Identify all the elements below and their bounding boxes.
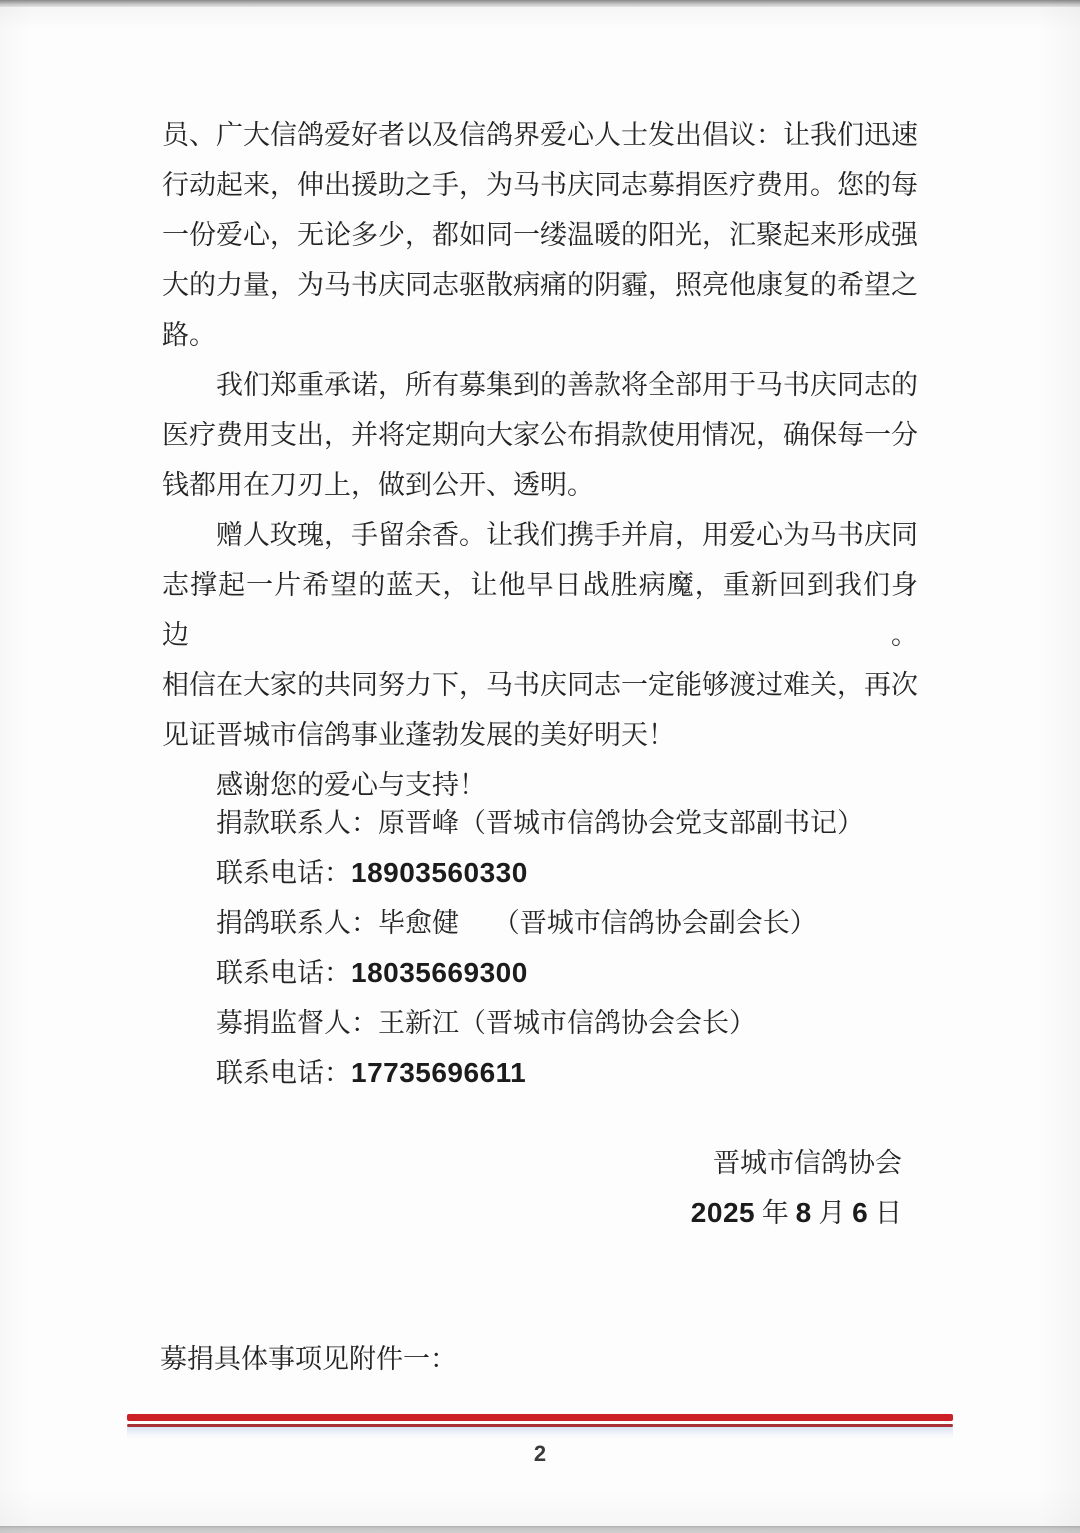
text-line: 一份爱心，无论多少，都如同一缕温暖的阳光，汇聚起来形成强 xyxy=(162,210,918,260)
letter-body: 员、广大信鸽爱好者以及信鸽界爱心人士发出倡议：让我们迅速 行动起来，伸出援助之手… xyxy=(162,110,918,810)
paragraph-1: 员、广大信鸽爱好者以及信鸽界爱心人士发出倡议：让我们迅速 行动起来，伸出援助之手… xyxy=(162,110,918,360)
signature-block: 晋城市信鸽协会 2025 年 8 月 6 日 xyxy=(162,1138,918,1238)
date-day: 6 xyxy=(852,1197,868,1228)
contact-label: 募捐监督人：王新江（晋城市信鸽协会会长） xyxy=(216,1008,756,1038)
date-day-unit: 日 xyxy=(868,1198,902,1228)
signature-date: 2025 年 8 月 6 日 xyxy=(162,1188,902,1238)
date-month: 8 xyxy=(796,1197,812,1228)
text-line: 行动起来，伸出援助之手，为马书庆同志募捐医疗费用。您的每 xyxy=(162,160,918,210)
text-line: 大的力量，为马书庆同志驱散病痛的阴霾，照亮他康复的希望之 xyxy=(162,260,918,310)
divider-rule-shadow xyxy=(127,1427,953,1439)
document-photo: { "colors": { "rule_red": "#cb2127", "ru… xyxy=(0,0,1080,1533)
pigeon-donation-contact-row: 捐鸽联系人：毕愈健 （晋城市信鸽协会副会长） xyxy=(162,898,918,948)
contact-phone: 17735696611 xyxy=(351,1057,526,1088)
photo-edge-bottom xyxy=(0,1526,1080,1533)
paragraph-3: 赠人玫瑰，手留余香。让我们携手并肩，用爱心为马书庆同 志撑起一片希望的蓝天，让他… xyxy=(162,510,918,760)
photo-edge-top xyxy=(0,0,1080,7)
text-line: 钱都用在刀刃上，做到公开、透明。 xyxy=(162,460,918,510)
text-line: 路。 xyxy=(162,310,918,360)
divider-rule-thick xyxy=(127,1414,953,1421)
contact-phone: 18903560330 xyxy=(351,857,528,888)
date-month-unit: 月 xyxy=(812,1198,853,1228)
phone-row: 联系电话：18903560330 xyxy=(162,848,918,898)
contact-label: 联系电话： xyxy=(216,1058,351,1088)
text-line: 我们郑重承诺，所有募集到的善款将全部用于马书庆同志的 xyxy=(162,360,918,410)
contacts-block: 捐款联系人：原晋峰（晋城市信鸽协会党支部副书记） 联系电话：1890356033… xyxy=(162,798,918,1098)
text-line: 相信在大家的共同努力下，马书庆同志一定能够渡过难关，再次 xyxy=(162,660,918,710)
footer-divider-rule xyxy=(127,1414,953,1439)
contact-label: 联系电话： xyxy=(216,958,351,988)
phone-row: 联系电话：17735696611 xyxy=(162,1048,918,1098)
phone-row: 联系电话：18035669300 xyxy=(162,948,918,998)
contact-label: 捐鸽联系人：毕愈健 （晋城市信鸽协会副会长） xyxy=(216,908,817,938)
text-line: 医疗费用支出，并将定期向大家公布捐款使用情况，确保每一分 xyxy=(162,410,918,460)
date-year-unit: 年 xyxy=(755,1198,796,1228)
attachment-note: 募捐具体事项见附件一： xyxy=(160,1334,457,1384)
signature-org: 晋城市信鸽协会 xyxy=(162,1138,902,1188)
text-line: 赠人玫瑰，手留余香。让我们携手并肩，用爱心为马书庆同 xyxy=(162,510,918,560)
text-line: 员、广大信鸽爱好者以及信鸽界爱心人士发出倡议：让我们迅速 xyxy=(162,110,918,160)
contact-label: 捐款联系人：原晋峰（晋城市信鸽协会党支部副书记） xyxy=(216,808,864,838)
donation-contact-row: 捐款联系人：原晋峰（晋城市信鸽协会党支部副书记） xyxy=(162,798,918,848)
date-year: 2025 xyxy=(691,1197,755,1228)
contact-label: 联系电话： xyxy=(216,858,351,888)
text-line: 见证晋城市信鸽事业蓬勃发展的美好明天！ xyxy=(162,710,918,760)
supervisor-contact-row: 募捐监督人：王新江（晋城市信鸽协会会长） xyxy=(162,998,918,1048)
paragraph-2: 我们郑重承诺，所有募集到的善款将全部用于马书庆同志的 医疗费用支出，并将定期向大… xyxy=(162,360,918,510)
page-number: 2 xyxy=(127,1441,953,1467)
contact-phone: 18035669300 xyxy=(351,957,528,988)
text-line: 志撑起一片希望的蓝天，让他早日战胜病魔，重新回到我们身边。 xyxy=(162,560,918,660)
